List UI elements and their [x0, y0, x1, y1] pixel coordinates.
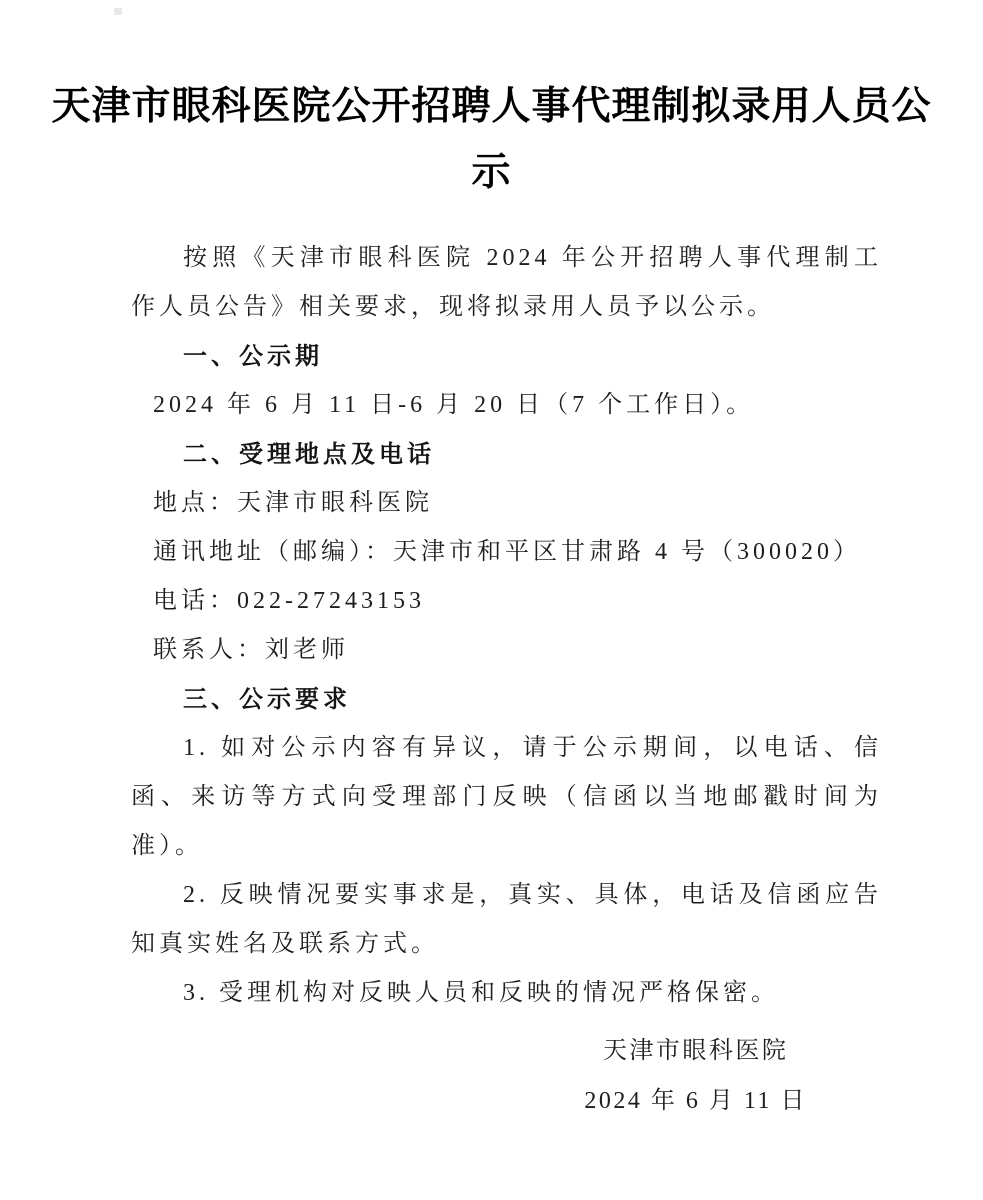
- scan-artifact-speck: [114, 8, 122, 15]
- signature-date: 2024 年 6 月 11 日: [584, 1076, 807, 1126]
- section-heading-publicity-requirements: 三、公示要求: [131, 675, 882, 724]
- requirement-item-3: 3. 受理机构对反映人员和反映的情况严格保密。: [131, 969, 882, 1018]
- document-title: 天津市眼科医院公开招聘人事代理制拟录用人员公示: [48, 74, 935, 206]
- document-page: 天津市眼科医院公开招聘人事代理制拟录用人员公示 按照《天津市眼科医院 2024 …: [0, 0, 983, 1200]
- requirement-item-1: 1. 如对公示内容有异议，请于公示期间，以电话、信函、来访等方式向受理部门反映（…: [131, 724, 882, 871]
- signature-organization: 天津市眼科医院: [584, 1026, 807, 1076]
- publicity-period-dates: 2024 年 6 月 11 日-6 月 20 日（7 个工作日）。: [131, 381, 882, 430]
- document-body: 按照《天津市眼科医院 2024 年公开招聘人事代理制工作人员公告》相关要求，现将…: [131, 234, 882, 1018]
- intro-paragraph: 按照《天津市眼科医院 2024 年公开招聘人事代理制工作人员公告》相关要求，现将…: [131, 234, 882, 332]
- contact-person-line: 联系人：刘老师: [131, 626, 882, 675]
- section-heading-acceptance-location: 二、受理地点及电话: [131, 430, 882, 479]
- phone-line: 电话：022-27243153: [131, 577, 882, 626]
- mailing-address-line: 通讯地址（邮编）：天津市和平区甘肃路 4 号（300020）: [131, 528, 882, 577]
- location-line: 地点：天津市眼科医院: [131, 479, 882, 528]
- signature-block: 天津市眼科医院 2024 年 6 月 11 日: [584, 1026, 807, 1126]
- requirement-item-2: 2. 反映情况要实事求是，真实、具体，电话及信函应告知真实姓名及联系方式。: [131, 871, 882, 969]
- section-heading-publicity-period: 一、公示期: [131, 332, 882, 381]
